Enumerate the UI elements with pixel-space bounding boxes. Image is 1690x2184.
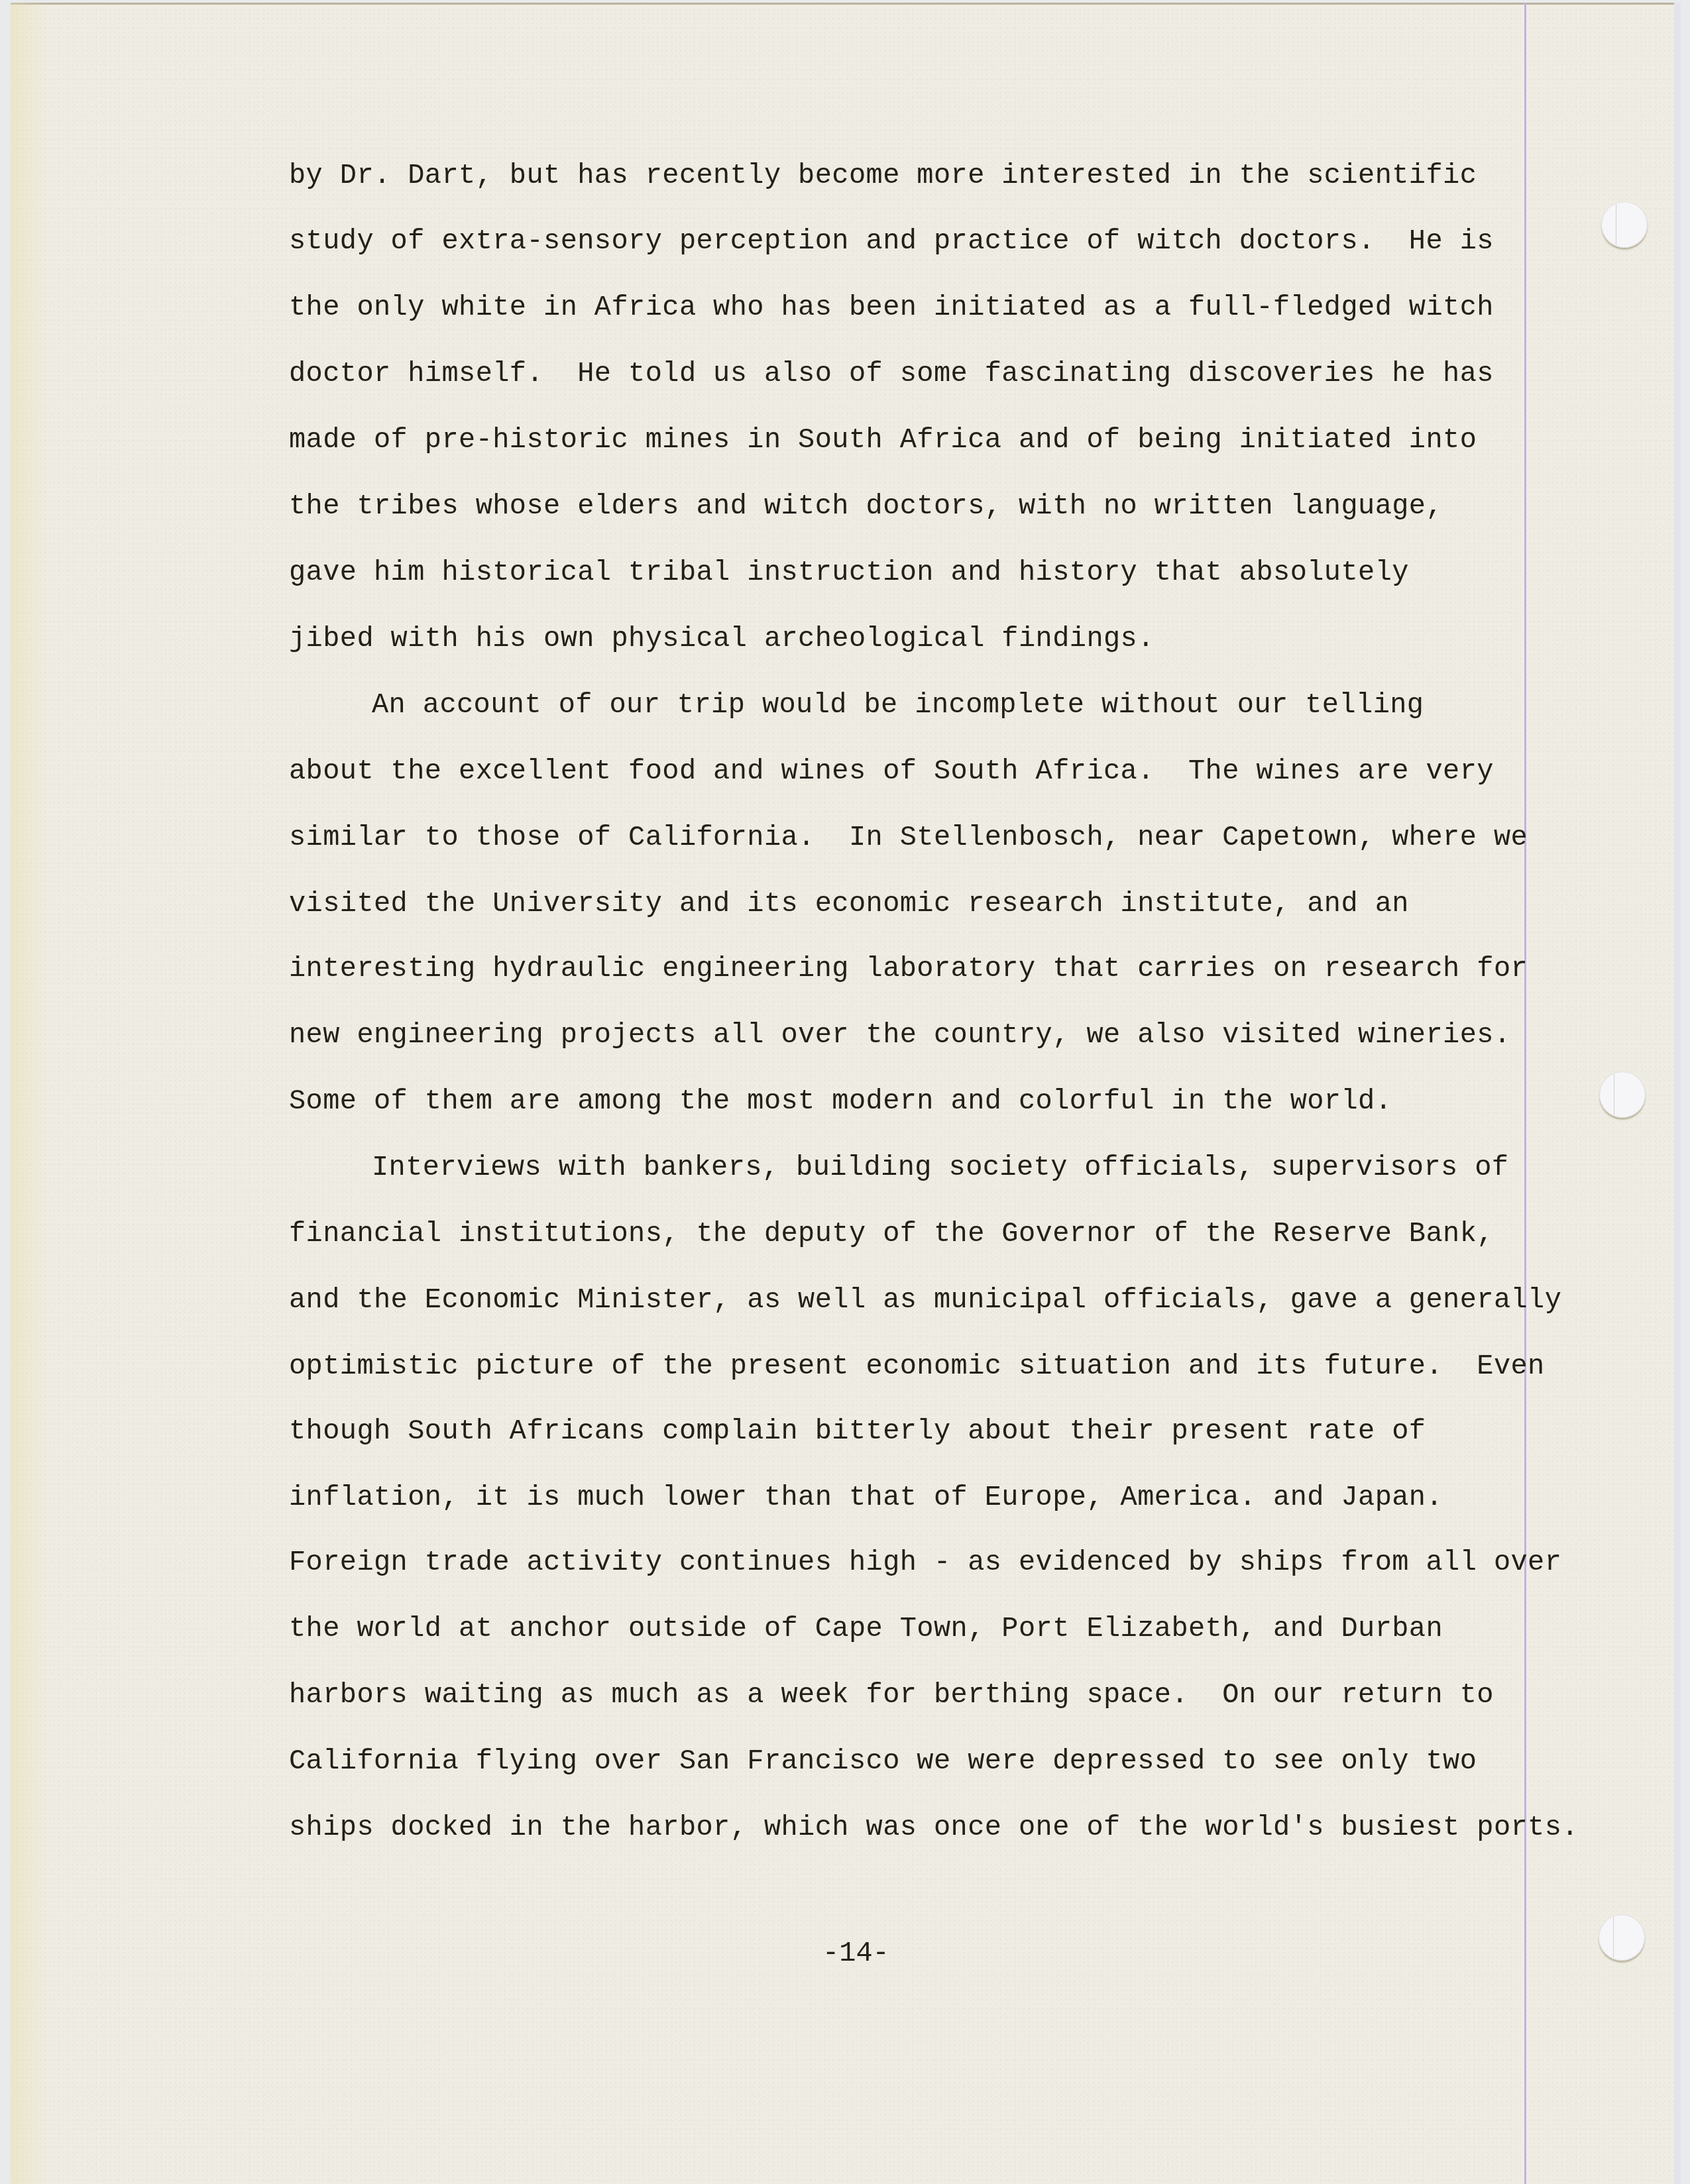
text-line: California flying over San Francisco we … bbox=[289, 1745, 1477, 1778]
document-page: by Dr. Dart, but has recently become mor… bbox=[11, 3, 1681, 2184]
text-line: jibed with his own physical archeologica… bbox=[289, 622, 1155, 655]
text-line: study of extra-sensory perception and pr… bbox=[289, 225, 1494, 258]
page-edge bbox=[1674, 3, 1681, 2184]
text-line: the world at anchor outside of Cape Town… bbox=[289, 1612, 1443, 1645]
text-line: about the excellent food and wines of So… bbox=[289, 755, 1494, 788]
paragraph-start-line: Interviews with bankers, building societ… bbox=[372, 1151, 1508, 1184]
text-line: by Dr. Dart, but has recently become mor… bbox=[289, 159, 1477, 192]
paper-stain bbox=[11, 3, 50, 2184]
text-line: gave him historical tribal instruction a… bbox=[289, 556, 1409, 589]
text-line: optimistic picture of the present econom… bbox=[289, 1350, 1545, 1383]
text-line: new engineering projects all over the co… bbox=[289, 1018, 1511, 1052]
text-line: similar to those of California. In Stell… bbox=[289, 821, 1528, 854]
text-line: made of pre-historic mines in South Afri… bbox=[289, 423, 1477, 457]
paragraph-start-line: An account of our trip would be incomple… bbox=[372, 688, 1424, 722]
text-line: and the Economic Minister, as well as mu… bbox=[289, 1283, 1561, 1317]
text-line: the only white in Africa who has been in… bbox=[289, 291, 1494, 324]
punch-hole-middle bbox=[1599, 1071, 1646, 1118]
text-line: interesting hydraulic engineering labora… bbox=[289, 952, 1528, 985]
punch-hole-bottom bbox=[1599, 1914, 1645, 1961]
text-line: Some of them are among the most modern a… bbox=[289, 1085, 1392, 1118]
text-line: doctor himself. He told us also of some … bbox=[289, 357, 1494, 390]
punch-hole-top bbox=[1601, 201, 1648, 248]
margin-line bbox=[1524, 3, 1526, 2184]
text-line: visited the University and its economic … bbox=[289, 887, 1409, 920]
text-line: though South Africans complain bitterly … bbox=[289, 1415, 1426, 1448]
text-line: inflation, it is much lower than that of… bbox=[289, 1481, 1443, 1514]
text-line: the tribes whose elders and witch doctor… bbox=[289, 490, 1443, 523]
text-line: financial institutions, the deputy of th… bbox=[289, 1217, 1494, 1250]
text-line: harbors waiting as much as a week for be… bbox=[289, 1678, 1494, 1712]
text-line: Foreign trade activity continues high - … bbox=[289, 1546, 1561, 1579]
page-number: -14- bbox=[822, 1938, 889, 1969]
text-line: ships docked in the harbor, which was on… bbox=[289, 1811, 1579, 1844]
